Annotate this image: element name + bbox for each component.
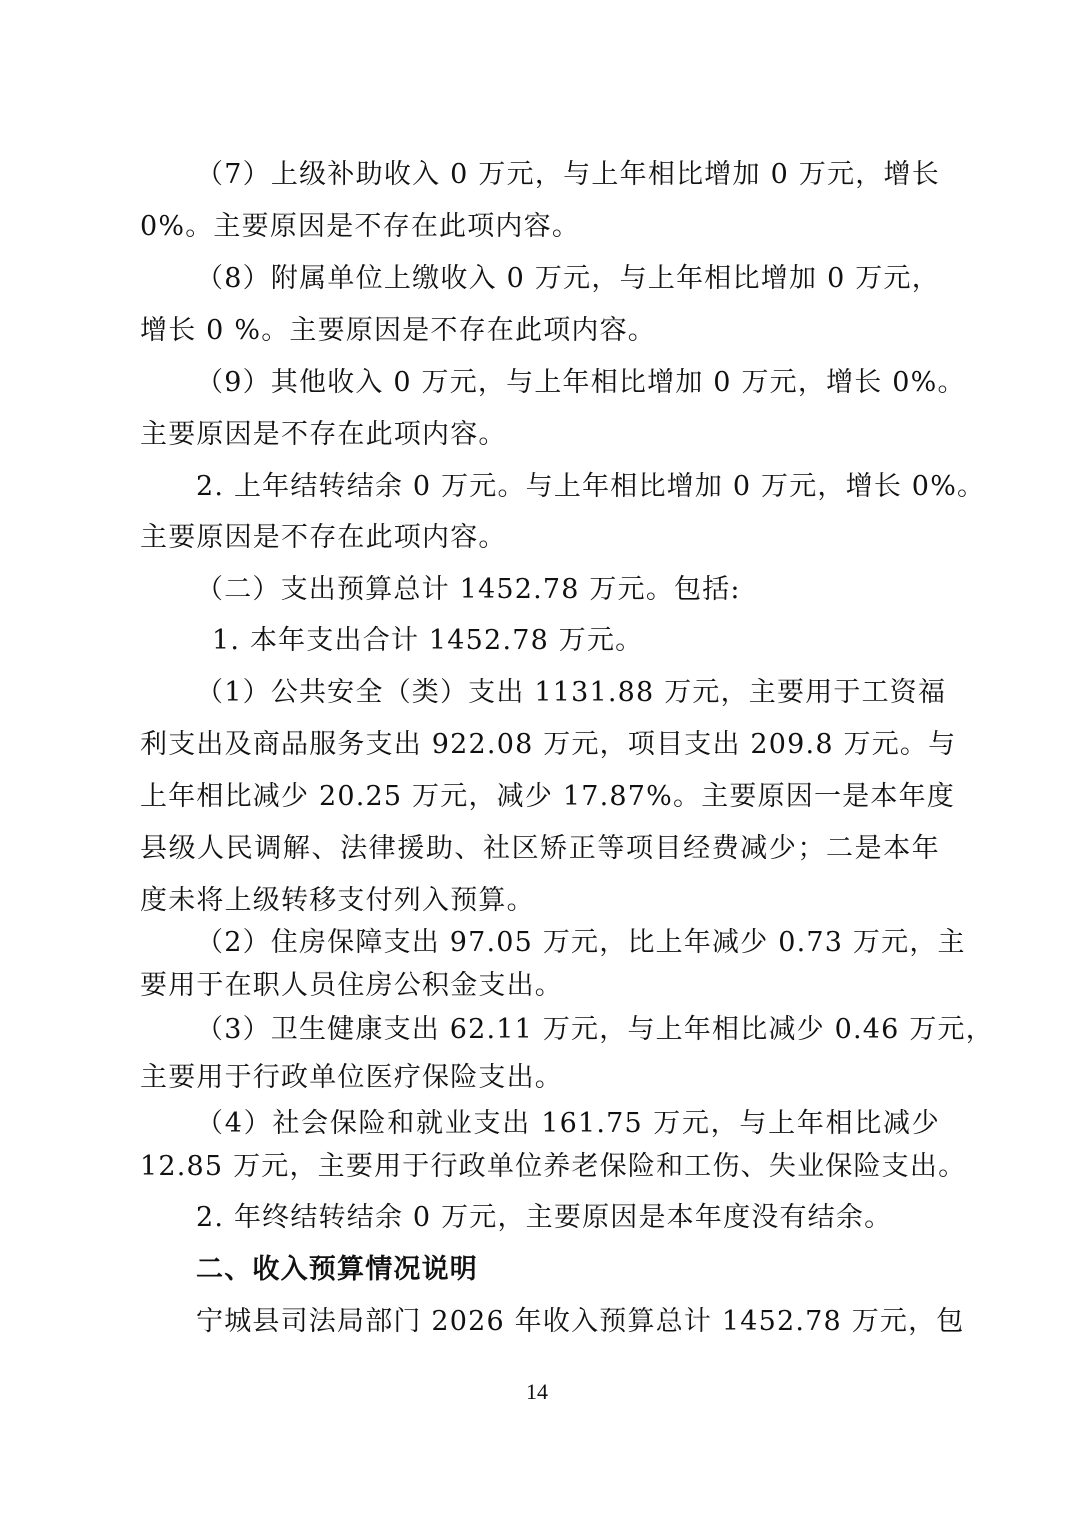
paragraph-line: 宁城县司法局部门 2026 年收入预算总计 1452.78 万元，包 <box>140 1305 940 1339</box>
paragraph-line: （8）附属单位上缴收入 0 万元，与上年相比增加 0 万元， <box>140 262 940 296</box>
paragraph-line: （2）住房保障支出 97.05 万元，比上年减少 0.73 万元，主 <box>140 926 940 960</box>
paragraph-line: 0%。主要原因是不存在此项内容。 <box>140 210 940 244</box>
paragraph-line: 利支出及商品服务支出 922.08 万元，项目支出 209.8 万元。与 <box>140 728 940 762</box>
paragraph-line: （1）公共安全（类）支出 1131.88 万元，主要用于工资福 <box>140 676 940 710</box>
page-number: 14 <box>0 1378 1074 1406</box>
paragraph-line: （9）其他收入 0 万元，与上年相比增加 0 万元，增长 0%。 <box>140 366 940 400</box>
paragraph-line: 1. 本年支出合计 1452.78 万元。 <box>140 624 940 658</box>
section-heading-income: 二、收入预算情况说明 <box>140 1253 940 1287</box>
document-page: （7）上级补助收入 0 万元，与上年相比增加 0 万元，增长 0%。主要原因是不… <box>0 0 1074 1520</box>
paragraph-line: 主要原因是不存在此项内容。 <box>140 521 940 555</box>
section-heading-expenditure: （二）支出预算总计 1452.78 万元。包括: <box>140 573 940 607</box>
paragraph-line: 主要用于行政单位医疗保险支出。 <box>140 1061 940 1095</box>
paragraph-line: 主要原因是不存在此项内容。 <box>140 418 940 452</box>
paragraph-line: 12.85 万元，主要用于行政单位养老保险和工伤、失业保险支出。 <box>140 1150 940 1184</box>
paragraph-line: （7）上级补助收入 0 万元，与上年相比增加 0 万元，增长 <box>140 158 940 192</box>
paragraph-line: 2. 上年结转结余 0 万元。与上年相比增加 0 万元，增长 0%。 <box>140 470 940 504</box>
paragraph-line: 上年相比减少 20.25 万元，减少 17.87%。主要原因一是本年度 <box>140 780 940 814</box>
paragraph-line: 县级人民调解、法律援助、社区矫正等项目经费减少；二是本年 <box>140 832 940 866</box>
paragraph-line: （3）卫生健康支出 62.11 万元，与上年相比减少 0.46 万元， <box>140 1013 940 1047</box>
paragraph-line: 度未将上级转移支付列入预算。 <box>140 884 940 918</box>
paragraph-line: 2. 年终结转结余 0 万元，主要原因是本年度没有结余。 <box>140 1201 940 1235</box>
paragraph-line: 增长 0 %。主要原因是不存在此项内容。 <box>140 314 940 348</box>
paragraph-line: 要用于在职人员住房公积金支出。 <box>140 969 940 1003</box>
paragraph-line: （4）社会保险和就业支出 161.75 万元，与上年相比减少 <box>140 1107 940 1141</box>
